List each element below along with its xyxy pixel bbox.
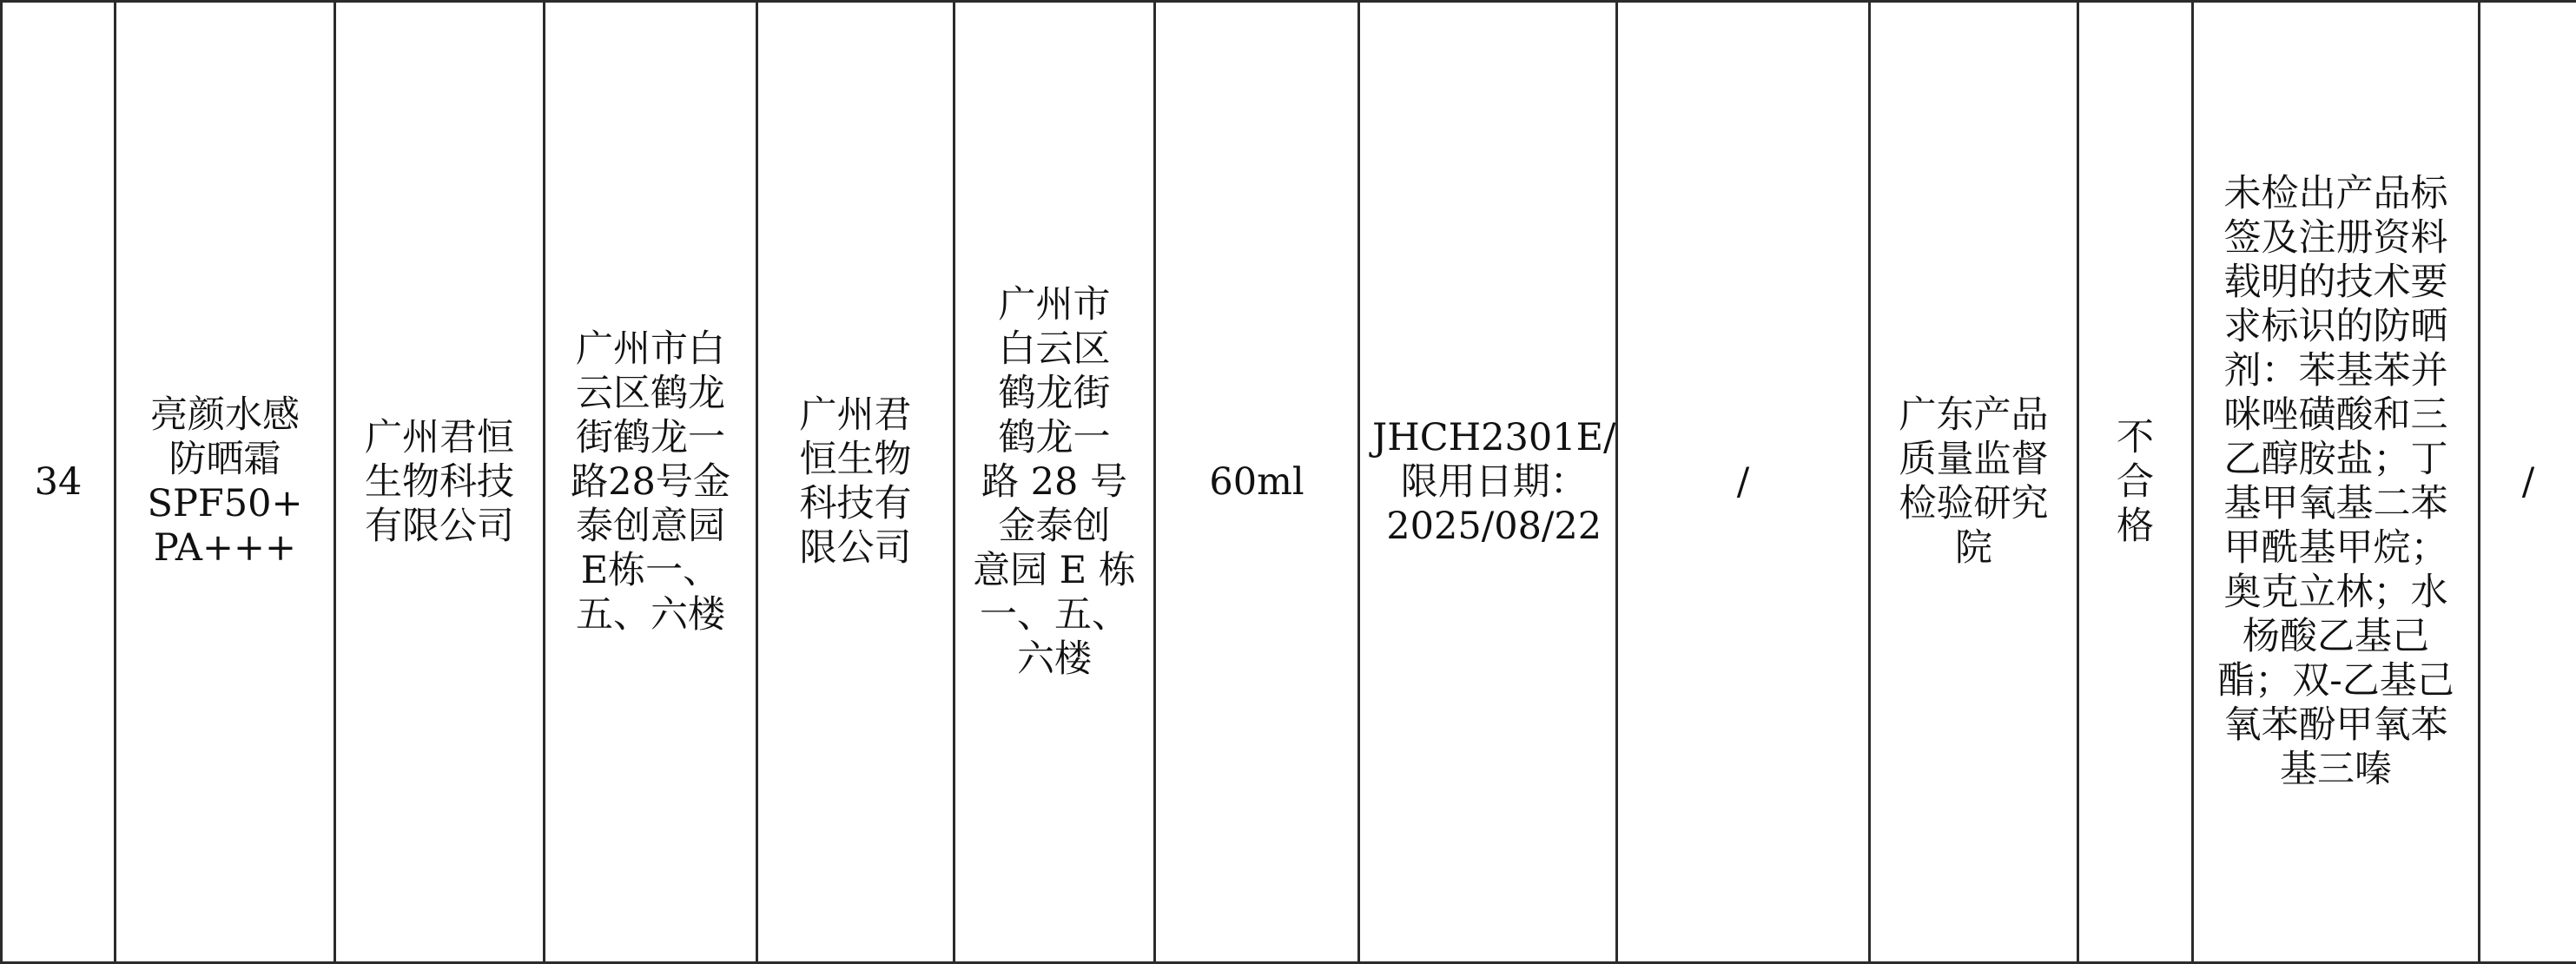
text-line: 云区鹤龙 <box>571 372 730 416</box>
text-line: 格 <box>2117 505 2154 549</box>
text-line: E栋一、 <box>571 549 730 593</box>
text-line: 杨酸乙基己 <box>2217 615 2454 659</box>
text-line: 剂：苯基苯并 <box>2217 349 2454 393</box>
text-line: 广州市 <box>973 283 1136 327</box>
text-line: 2025/08/22 <box>1372 505 1615 549</box>
text-line: 咪唑磺酸和三 <box>2217 393 2454 438</box>
text-line: 白云区 <box>973 327 1136 372</box>
text-line: JHCH2301E/ <box>1372 416 1615 460</box>
text-line: 金泰创 <box>973 505 1136 549</box>
text-line: 广州君 <box>800 393 912 438</box>
text-line: 路 28 号 <box>973 460 1136 505</box>
text-line: 求标识的防晒 <box>2217 305 2454 349</box>
text-line: 科技有 <box>800 482 912 526</box>
text-line: 五、六楼 <box>571 593 730 637</box>
remarks-cell: / <box>2480 2 2576 963</box>
entrusted-company-cell: 广州君恒生物科技有限公司 <box>757 2 954 963</box>
entrusted-address-cell: 广州市白云区鹤龙街鹤龙一路 28 号金泰创意园 E 栋一、五、六楼 <box>954 2 1155 963</box>
text-line: 院 <box>1899 526 2049 571</box>
text-line: 恒生物 <box>800 438 912 482</box>
text-line: 鹤龙一 <box>973 416 1136 460</box>
text-line: 街鹤龙一 <box>571 416 730 460</box>
text-line: 有限公司 <box>365 505 514 549</box>
inspection-results-table: 34 亮颜水感防晒霜SPF50+PA+++ 广州君恒生物科技有限公司 广州市白云… <box>0 0 2576 964</box>
text-line: 签及注册资料 <box>2217 216 2454 261</box>
text-line: 检验研究 <box>1899 482 2049 526</box>
row-index: 34 <box>35 460 83 504</box>
testing-agency-cell: 广东产品质量监督检验研究院 <box>1870 2 2078 963</box>
text-line: 六楼 <box>973 637 1136 682</box>
text-line: 广州君恒 <box>365 416 514 460</box>
text-line: 基甲氧基二苯 <box>2217 482 2454 526</box>
text-line: 酯；双-乙基己 <box>2217 659 2454 703</box>
manufacturer-address: 广州市白云区鹤龙街鹤龙一路28号金泰创意园E栋一、五、六楼 <box>571 327 730 637</box>
failed-items-cell: 未检出产品标签及注册资料载明的技术要求标识的防晒剂：苯基苯并咪唑磺酸和三乙醇胺盐… <box>2193 2 2480 963</box>
text-line: 奥克立林；水 <box>2217 571 2454 615</box>
text-line: 泰创意园 <box>571 505 730 549</box>
sampled-unit: / <box>1737 460 1750 504</box>
text-line: 未检出产品标 <box>2217 172 2454 216</box>
labeled-manufacturer-cell: 广州君恒生物科技有限公司 <box>335 2 545 963</box>
product-name: 亮颜水感防晒霜SPF50+PA+++ <box>148 393 303 571</box>
text-line: 广州市白 <box>571 327 730 372</box>
text-line: SPF50+ <box>148 482 303 526</box>
entrusted-address: 广州市白云区鹤龙街鹤龙一路 28 号金泰创意园 E 栋一、五、六楼 <box>973 283 1136 682</box>
text-line: 生物科技 <box>365 460 514 505</box>
text-line: 合 <box>2117 460 2154 505</box>
text-line: 不 <box>2117 416 2154 460</box>
test-result: 不合格 <box>2117 416 2154 549</box>
text-line: 基三嗪 <box>2217 748 2454 792</box>
text-line: 防晒霜 <box>148 438 303 482</box>
text-line: 意园 E 栋 <box>973 549 1136 593</box>
product-name-cell: 亮颜水感防晒霜SPF50+PA+++ <box>116 2 335 963</box>
text-line: 路28号金 <box>571 460 730 505</box>
manufacturer-address-cell: 广州市白云区鹤龙街鹤龙一路28号金泰创意园E栋一、五、六楼 <box>545 2 757 963</box>
text-line: 鹤龙街 <box>973 372 1136 416</box>
sampled-unit-cell: / <box>1617 2 1870 963</box>
result-cell: 不合格 <box>2078 2 2193 963</box>
remarks: / <box>2522 460 2535 504</box>
specification-cell: 60ml <box>1155 2 1359 963</box>
text-line: 一、五、 <box>973 593 1136 637</box>
text-line: 载明的技术要 <box>2217 261 2454 305</box>
entrusted-company: 广州君恒生物科技有限公司 <box>800 393 912 571</box>
text-line: 质量监督 <box>1899 438 2049 482</box>
table-row: 34 亮颜水感防晒霜SPF50+PA+++ 广州君恒生物科技有限公司 广州市白云… <box>2 2 2576 963</box>
batch-cell: JHCH2301E/限用日期：2025/08/22 <box>1359 2 1617 963</box>
text-line: 限公司 <box>800 526 912 571</box>
text-line: 甲酰基甲烷； <box>2217 526 2454 571</box>
row-index-cell: 34 <box>2 2 116 963</box>
text-line: 限用日期： <box>1372 460 1615 505</box>
labeled-manufacturer: 广州君恒生物科技有限公司 <box>365 416 514 549</box>
text-line: PA+++ <box>148 526 303 571</box>
failed-items: 未检出产品标签及注册资料载明的技术要求标识的防晒剂：苯基苯并咪唑磺酸和三乙醇胺盐… <box>2217 172 2454 792</box>
text-line: 广东产品 <box>1899 393 2049 438</box>
specification: 60ml <box>1209 460 1304 504</box>
text-line: 氧苯酚甲氧苯 <box>2217 703 2454 748</box>
testing-agency: 广东产品质量监督检验研究院 <box>1899 393 2049 571</box>
batch-and-expiry: JHCH2301E/限用日期：2025/08/22 <box>1372 416 1615 549</box>
text-line: 乙醇胺盐；丁 <box>2217 438 2454 482</box>
text-line: 亮颜水感 <box>148 393 303 438</box>
